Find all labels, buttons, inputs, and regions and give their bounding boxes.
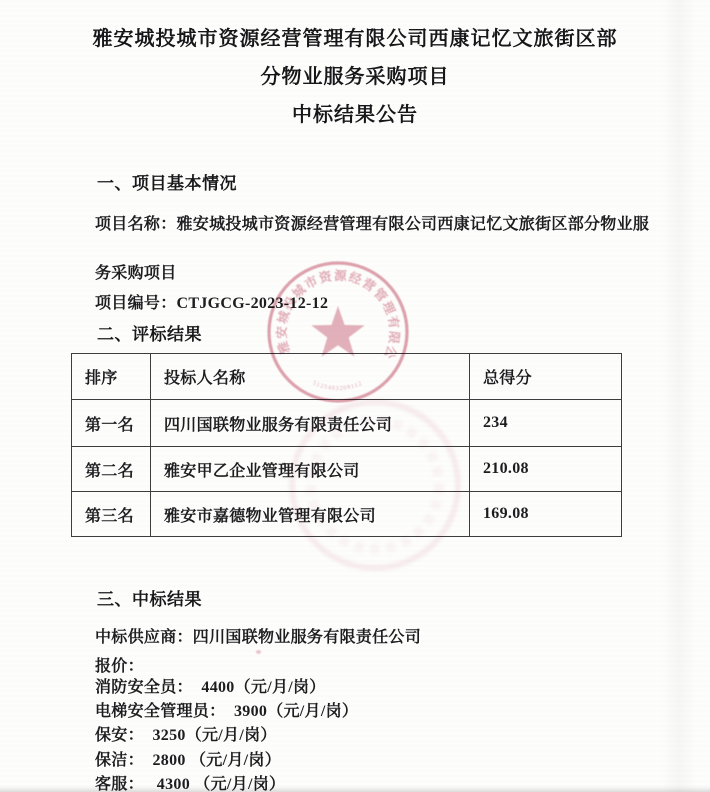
quote-line-customer-svc: 客服： 4300 （元/月/岗）: [95, 773, 358, 792]
quote-line-fire-safety: 消防安全员： 4400（元/月/岗）: [95, 676, 358, 700]
title-line-2: 分物业服务采购项目: [0, 58, 710, 96]
section3-heading: 三、中标结果: [97, 585, 202, 610]
cell-score: 169.08: [470, 492, 622, 537]
quote-label: 报价：: [95, 653, 144, 676]
quote-line-cleaning: 保洁： 2800 （元/月/岗）: [95, 749, 358, 773]
section1-heading: 一、项目基本情况: [97, 169, 237, 194]
table-row: 第三名 雅安市嘉德物业管理有限公司 169.08: [72, 492, 622, 537]
project-name-line1: 项目名称：雅安城投城市资源经营管理有限公司西康记忆文旅街区部分物业服: [95, 211, 649, 234]
cell-rank: 第二名: [72, 447, 151, 492]
ink-speck: [256, 650, 261, 654]
table-row: 第二名 雅安甲乙企业管理有限公司 210.08: [72, 447, 622, 492]
cell-bidder: 四川国联物业服务有限责任公司: [151, 400, 470, 447]
quote-line-elevator-mgr: 电梯安全管理员： 3900（元/月/岗）: [95, 700, 358, 724]
col-header-rank: 排序: [72, 354, 151, 400]
col-header-bidder: 投标人名称: [151, 354, 470, 400]
evaluation-result-table: 排序 投标人名称 总得分 第一名 四川国联物业服务有限责任公司 234 第二名 …: [71, 353, 622, 537]
svg-text:雅安城投城市资源经营管理有限公司: 雅安城投城市资源经营管理有限公司: [218, 212, 402, 362]
table-row: 第一名 四川国联物业服务有限责任公司 234: [72, 400, 622, 447]
document-title: 雅安城投城市资源经营管理有限公司西康记忆文旅街区部 分物业服务采购项目 中标结果…: [0, 20, 710, 134]
title-line-3: 中标结果公告: [0, 96, 710, 134]
cell-score: 234: [470, 400, 622, 447]
seal-ring-text: 雅安城投城市资源经营管理有限公司: [218, 212, 402, 362]
cell-rank: 第一名: [72, 400, 151, 447]
cell-bidder: 雅安甲乙企业管理有限公司: [151, 447, 470, 492]
title-line-1: 雅安城投城市资源经营管理有限公司西康记忆文旅街区部: [0, 20, 710, 58]
cell-bidder: 雅安市嘉德物业管理有限公司: [151, 492, 470, 537]
seal-star-icon: [311, 306, 364, 357]
project-name-line2: 务采购项目: [95, 260, 177, 283]
table-header-row: 排序 投标人名称 总得分: [72, 354, 622, 400]
section2-heading: 二、评标结果: [97, 320, 202, 345]
col-header-score: 总得分: [470, 354, 622, 400]
cell-score: 210.08: [470, 447, 622, 492]
quote-list: 消防安全员： 4400（元/月/岗） 电梯安全管理员： 3900（元/月/岗） …: [95, 676, 358, 792]
quote-line-security-guard: 保安： 3250（元/月/岗）: [95, 724, 358, 748]
scanned-document-page: 雅安城投城市资源经营管理有限公司西康记忆文旅街区部 分物业服务采购项目 中标结果…: [0, 0, 710, 792]
winner-line: 中标供应商：四川国联物业服务有限责任公司: [95, 624, 421, 647]
project-number: 项目编号：CTJGCG-2023-12-12: [95, 290, 328, 313]
cell-rank: 第三名: [72, 492, 151, 537]
